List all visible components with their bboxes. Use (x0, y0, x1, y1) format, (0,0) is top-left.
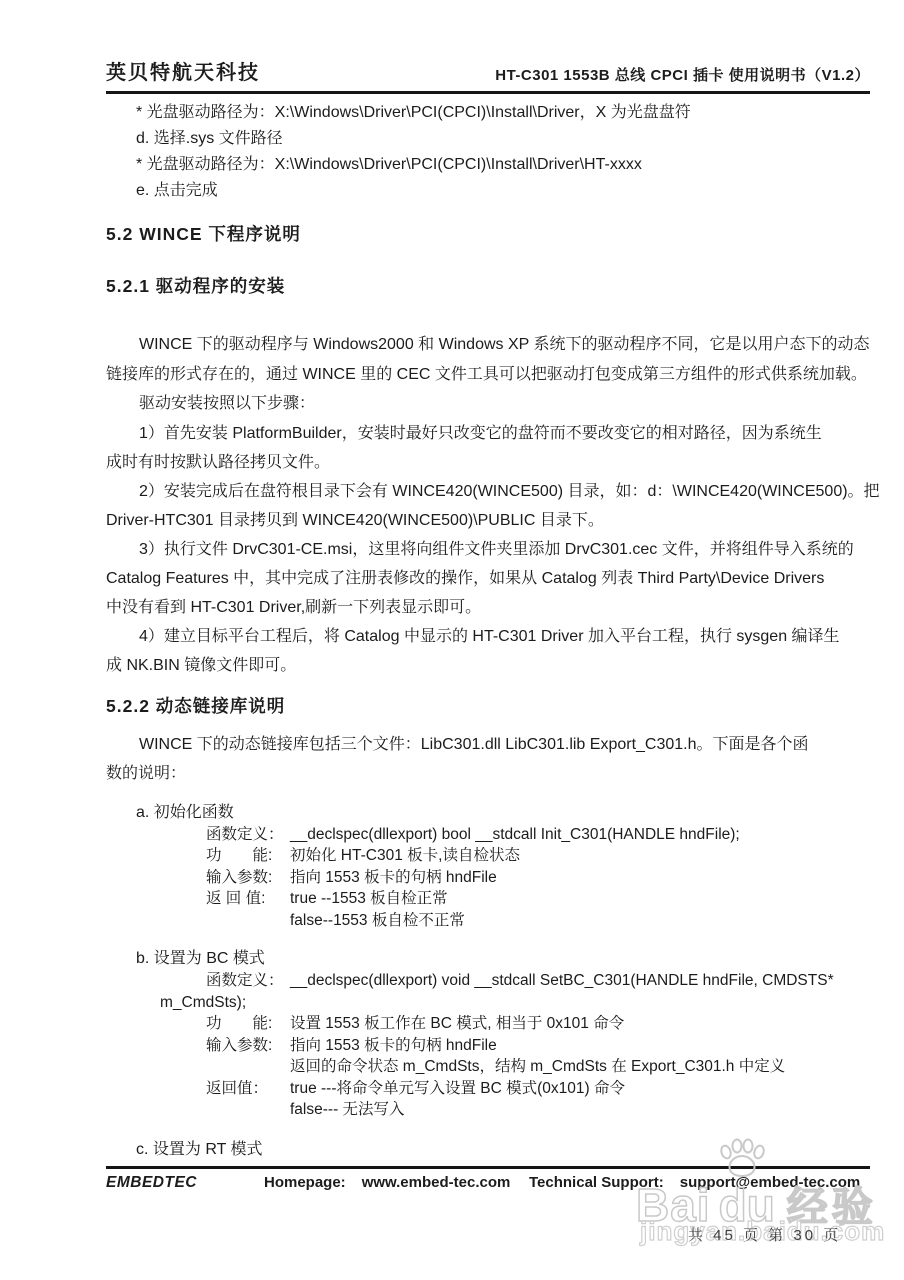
document-page: 英贝特航天科技 HT-C301 1553B 总线 CPCI 插卡 使用说明书（V… (0, 0, 904, 1280)
step-line: 成 NK.BIN 镜像文件即可。 (106, 651, 870, 680)
page-number: 共 45 页 第 30 页 (688, 1224, 841, 1245)
list-item: d. 选择.sys 文件路径 (106, 126, 870, 152)
paragraph-line: WINCE 下的动态链接库包括三个文件：LibC301.dll LibC301.… (106, 730, 870, 759)
page-content: * 光盘驱动路径为：X:\Windows\Driver\PCI(CPCI)\In… (106, 100, 870, 1161)
install-step-list: * 光盘驱动路径为：X:\Windows\Driver\PCI(CPCI)\In… (106, 100, 870, 204)
company-name: 英贝特航天科技 (106, 56, 260, 85)
section-5-2-2-title: 5.2.2 动态链接库说明 (106, 694, 870, 718)
field-label: 返 回 值: (206, 888, 290, 910)
field-value: true --1553 板自检正常 (290, 888, 448, 910)
function-input-row: 输入参数: 指向 1553 板卡的句柄 hndFile (106, 867, 870, 889)
function-input-row: 输入参数: 指向 1553 板卡的句柄 hndFile (106, 1035, 870, 1057)
field-label: 输入参数: (206, 867, 290, 889)
support-label: Technical Support: (529, 1174, 664, 1191)
field-label: 功 能: (206, 1013, 290, 1035)
page-header: 英贝特航天科技 HT-C301 1553B 总线 CPCI 插卡 使用说明书（V… (106, 56, 870, 94)
field-value: __declspec(dllexport) bool __stdcall Ini… (290, 824, 740, 846)
step-line: Catalog Features 中，其中完成了注册表修改的操作，如果从 Cat… (106, 564, 870, 593)
step-line: 2）安装完成后在盘符根目录下会有 WINCE420(WINCE500) 目录，如… (106, 477, 870, 506)
function-heading: b. 设置为 BC 模式 (106, 948, 870, 970)
list-item: * 光盘驱动路径为：X:\Windows\Driver\PCI(CPCI)\In… (106, 100, 870, 126)
step-line: 成时有时按默认路径拷贝文件。 (106, 448, 870, 477)
support-group: Technical Support: support@embed-tec.com (529, 1174, 870, 1191)
homepage-group: Homepage: www.embed-tec.com (264, 1174, 529, 1191)
function-heading: a. 初始化函数 (106, 802, 870, 824)
step-line: 4）建立目标平台工程后，将 Catalog 中显示的 HT-C301 Drive… (106, 622, 870, 651)
paragraph-line: 驱动安装按照以下步骤： (106, 389, 870, 419)
field-value: 指向 1553 板卡的句柄 hndFile (290, 867, 497, 889)
paragraph-dll-intro: WINCE 下的动态链接库包括三个文件：LibC301.dll LibC301.… (106, 730, 870, 788)
homepage-label: Homepage: (264, 1174, 346, 1191)
function-return-row-cont: false--1553 板自检不正常 (106, 910, 870, 932)
function-return-row-cont: false--- 无法写入 (106, 1099, 870, 1121)
function-block-setrt: c. 设置为 RT 模式 (106, 1139, 870, 1161)
doc-title: HT-C301 1553B 总线 CPCI 插卡 使用说明书（V1.2） (495, 64, 870, 85)
paragraph-line: 数的说明： (106, 759, 870, 788)
section-5-2-1-title: 5.2.1 驱动程序的安装 (106, 274, 870, 298)
brand-name: EMBEDTEC (106, 1174, 264, 1192)
field-value: 设置 1553 板工作在 BC 模式, 相当于 0x101 命令 (290, 1013, 624, 1035)
function-heading: c. 设置为 RT 模式 (106, 1139, 870, 1161)
homepage-link: www.embed-tec.com (362, 1174, 511, 1191)
function-feature-row: 功 能: 设置 1553 板工作在 BC 模式, 相当于 0x101 命令 (106, 1013, 870, 1035)
section-5-2-title: 5.2 WINCE 下程序说明 (106, 222, 870, 246)
step-line: 3）执行文件 DrvC301-CE.msi，这里将向组件文件夹里添加 DrvC3… (106, 535, 870, 564)
function-return-row: 返回值： true ---将命令单元写入设置 BC 模式(0x101) 命令 (106, 1078, 870, 1100)
page-footer: EMBEDTEC Homepage: www.embed-tec.com Tec… (106, 1166, 870, 1192)
function-block-init: a. 初始化函数 函数定义： __declspec(dllexport) boo… (106, 802, 870, 932)
function-feature-row: 功 能: 初始化 HT-C301 板卡,读自检状态 (106, 845, 870, 867)
field-value: 初始化 HT-C301 板卡,读自检状态 (290, 845, 520, 867)
step-line: Driver-HTC301 目录拷贝到 WINCE420(WINCE500)\P… (106, 506, 870, 535)
list-item: * 光盘驱动路径为：X:\Windows\Driver\PCI(CPCI)\In… (106, 152, 870, 178)
list-item: e. 点击完成 (106, 178, 870, 204)
function-input-row-cont: 返回的命令状态 m_CmdSts，结构 m_CmdSts 在 Export_C3… (106, 1056, 870, 1078)
field-label: 输入参数: (206, 1035, 290, 1057)
field-label: 返回值： (206, 1078, 290, 1100)
numbered-steps: 1）首先安装 PlatformBuilder，安装时最好只改变它的盘符而不要改变… (106, 419, 870, 680)
field-label: 函数定义： (206, 824, 290, 846)
field-label: 函数定义： (206, 970, 290, 992)
field-value: __declspec(dllexport) void __stdcall Set… (290, 970, 834, 992)
header-rule: 英贝特航天科技 HT-C301 1553B 总线 CPCI 插卡 使用说明书（V… (106, 56, 870, 94)
function-definition-row: 函数定义： __declspec(dllexport) void __stdca… (106, 970, 870, 992)
function-block-setbc: b. 设置为 BC 模式 函数定义： __declspec(dllexport)… (106, 948, 870, 1121)
field-value: 指向 1553 板卡的句柄 hndFile (290, 1035, 497, 1057)
support-email: support@embed-tec.com (680, 1174, 860, 1191)
paragraph-line: WINCE 下的驱动程序与 Windows2000 和 Windows XP 系… (106, 330, 870, 360)
step-line: 中没有看到 HT-C301 Driver,刷新一下列表显示即可。 (106, 593, 870, 622)
function-definition-cont: m_CmdSts); (106, 992, 870, 1014)
paragraph-line: 链接库的形式存在的，通过 WINCE 里的 CEC 文件工具可以把驱动打包变成第… (106, 360, 870, 390)
paragraph-wince-driver: WINCE 下的驱动程序与 Windows2000 和 Windows XP 系… (106, 330, 870, 419)
field-value: true ---将命令单元写入设置 BC 模式(0x101) 命令 (290, 1078, 625, 1100)
field-label: 功 能: (206, 845, 290, 867)
step-line: 1）首先安装 PlatformBuilder，安装时最好只改变它的盘符而不要改变… (106, 419, 870, 448)
function-return-row: 返 回 值: true --1553 板自检正常 (106, 888, 870, 910)
function-definition-row: 函数定义： __declspec(dllexport) bool __stdca… (106, 824, 870, 846)
